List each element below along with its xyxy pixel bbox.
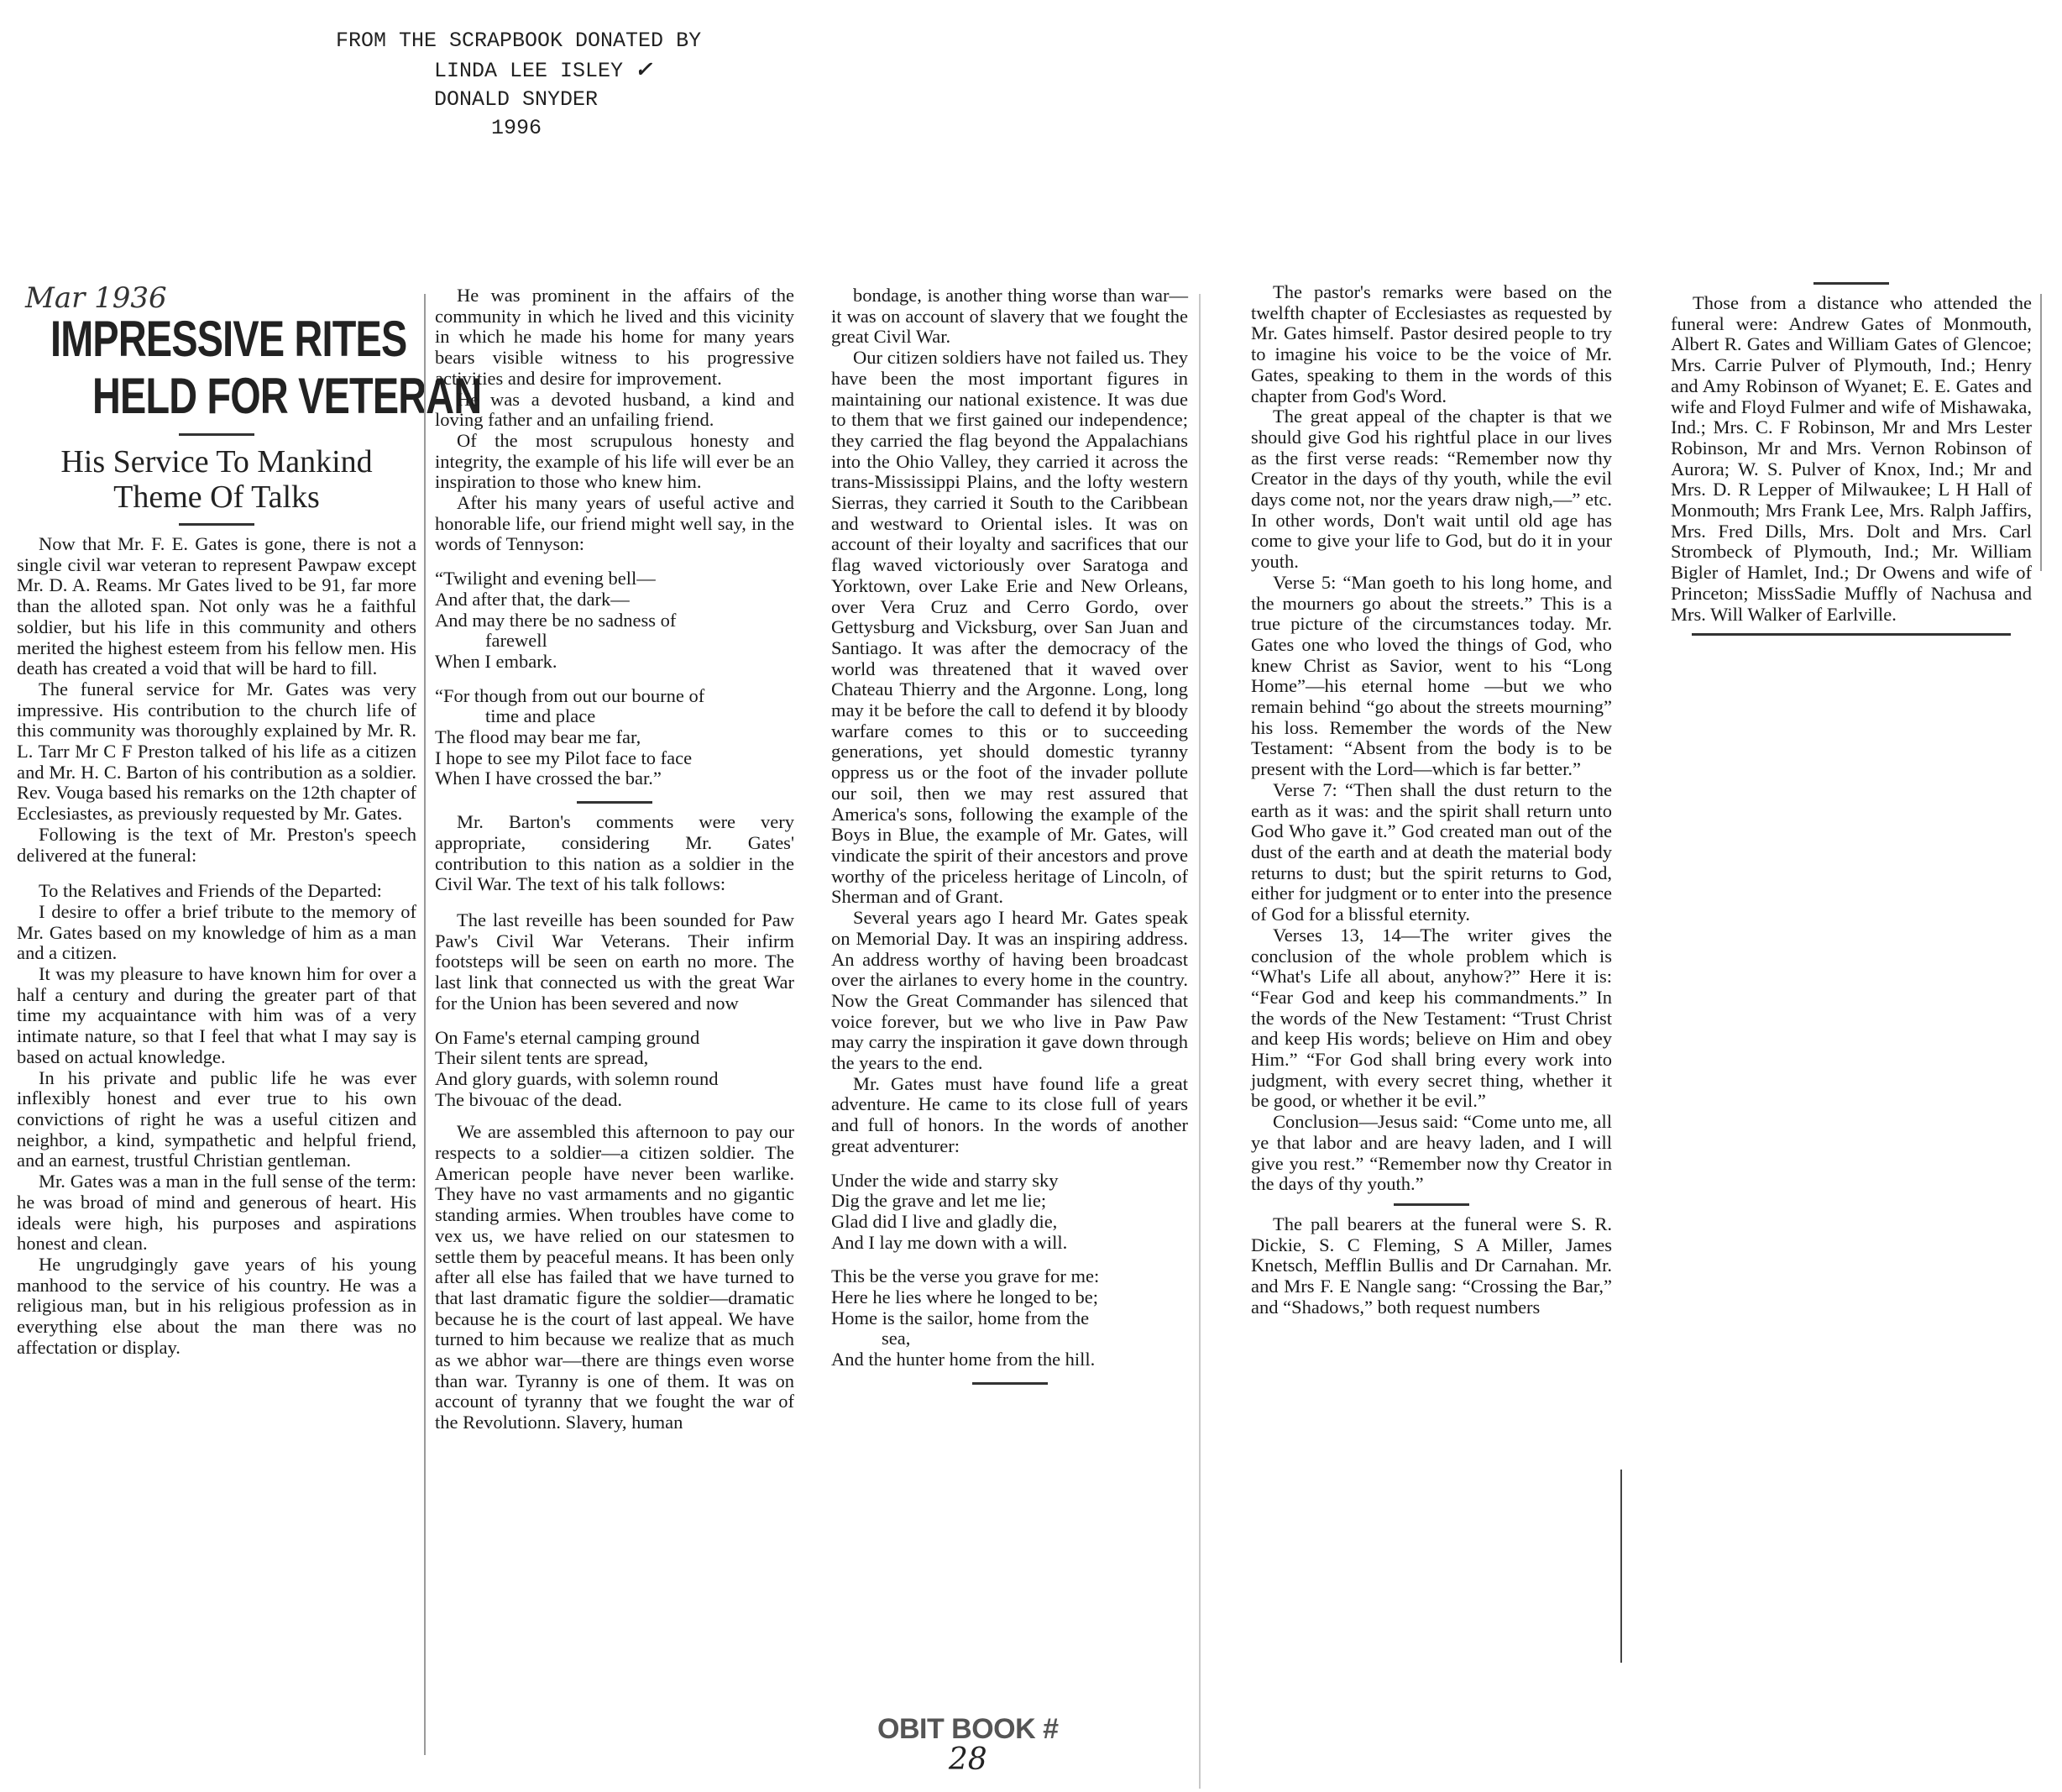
divider <box>1394 1203 1469 1206</box>
article-paragraph: In his private and public life he was ev… <box>17 1068 416 1172</box>
article-paragraph: The last reveille has been sounded for P… <box>435 910 794 1014</box>
poem-line: Their silent tents are spread, <box>435 1048 794 1069</box>
column2-body-b: Mr. Barton's comments were very appropri… <box>435 812 794 1014</box>
stamp-number: 28 <box>877 1742 1059 1777</box>
article-paragraph: The funeral service for Mr. Gates was ve… <box>17 679 416 825</box>
article-paragraph: Several years ago I heard Mr. Gates spea… <box>831 908 1188 1074</box>
requiem-poem-stanza-1: Under the wide and starry skyDig the gra… <box>831 1171 1188 1254</box>
divider <box>179 433 254 436</box>
column2-body-a: He was prominent in the affairs of the c… <box>435 286 794 555</box>
donor-name: LINDA LEE ISLEY✓ <box>434 55 701 86</box>
subheadline-1: His Service To Mankind <box>17 444 416 479</box>
article-paragraph: He was prominent in the affairs of the c… <box>435 286 794 390</box>
attendees-paragraph: Those from a distance who attended the f… <box>1671 293 2032 625</box>
article-column-4: The pastor's remarks were based on the t… <box>1251 282 1612 1318</box>
subheadline-2: Theme Of Talks <box>17 479 416 515</box>
article-paragraph: The great appeal of the chapter is that … <box>1251 406 1612 573</box>
divider <box>1813 282 1889 285</box>
article-paragraph: Mr. Barton's comments were very appropri… <box>435 812 794 895</box>
article-paragraph: I desire to offer a brief tribute to the… <box>17 902 416 964</box>
article-paragraph: Conclusion—Jesus said: “Come unto me, al… <box>1251 1112 1612 1195</box>
column-rule <box>1620 1470 1622 1663</box>
pallbearers-paragraph: The pall bearers at the funeral were S. … <box>1251 1214 1612 1318</box>
article-paragraph: He was a devoted husband, a kind and lov… <box>435 390 794 431</box>
column1-body: Now that Mr. F. E. Gates is gone, there … <box>17 534 416 1358</box>
article-paragraph: We are assembled this afternoon to pay o… <box>435 1122 794 1433</box>
article-column-2: He was prominent in the affairs of the c… <box>435 286 794 1433</box>
poem-line: And glory guards, with solemn round <box>435 1069 794 1090</box>
divider <box>179 523 254 526</box>
poem-line: sea, <box>831 1328 1188 1349</box>
headline-line-2: HELD FOR VETERAN <box>92 368 345 425</box>
poem-line: The bivouac of the dead. <box>435 1090 794 1111</box>
article-paragraph: Mr. Gates was a man in the full sense of… <box>17 1171 416 1255</box>
poem-line: “Twilight and evening bell— <box>435 569 794 589</box>
check-mark-icon: ✓ <box>635 57 652 81</box>
poem-line: The flood may bear me far, <box>435 727 794 748</box>
headline-line-1: IMPRESSIVE RITES <box>50 311 336 368</box>
poem-line: When I have crossed the bar.” <box>435 768 794 789</box>
poem-line: And may there be no sadness of <box>435 610 794 631</box>
column3-body: bondage, is another thing worse than war… <box>831 286 1188 1157</box>
article-paragraph: Mr. Gates must have found life a great a… <box>831 1074 1188 1157</box>
article-paragraph: Verse 7: “Then shall the dust return to … <box>1251 780 1612 925</box>
poem-line: Under the wide and starry sky <box>831 1171 1188 1192</box>
column-rule <box>2040 294 2042 571</box>
article-paragraph: bondage, is another thing worse than war… <box>831 286 1188 348</box>
article-paragraph: Now that Mr. F. E. Gates is gone, there … <box>17 534 416 679</box>
poem-line: And I lay me down with a will. <box>831 1233 1188 1254</box>
poem-line: Glad did I live and gladly die, <box>831 1212 1188 1233</box>
donation-year: 1996 <box>491 114 701 143</box>
poem-line: Dig the grave and let me lie; <box>831 1191 1188 1212</box>
article-paragraph: Verses 13, 14—The writer gives the concl… <box>1251 925 1612 1112</box>
tennyson-poem-stanza-2: “For though from out our bourne oftime a… <box>435 686 794 790</box>
article-column-1: Mar 1936 IMPRESSIVE RITES HELD FOR VETER… <box>17 286 416 1358</box>
stamp-label: OBIT BOOK # <box>877 1713 1059 1746</box>
obit-book-stamp: OBIT BOOK # 28 <box>877 1713 1059 1777</box>
article-column-5: Those from a distance who attended the f… <box>1671 282 2032 644</box>
article-paragraph: It was my pleasure to have known him for… <box>17 964 416 1068</box>
tennyson-poem-stanza-1: “Twilight and evening bell—And after tha… <box>435 569 794 673</box>
column2-body-c: We are assembled this afternoon to pay o… <box>435 1122 794 1433</box>
bivouac-poem: On Fame's eternal camping groundTheir si… <box>435 1028 794 1111</box>
article-paragraph: The pastor's remarks were based on the t… <box>1251 282 1612 406</box>
donation-line: FROM THE SCRAPBOOK DONATED BY <box>336 27 701 55</box>
poem-line: farewell <box>435 631 794 652</box>
requiem-poem-stanza-2: This be the verse you grave for me:Here … <box>831 1266 1188 1370</box>
divider <box>1692 633 2011 636</box>
article-paragraph: He ungrudgingly gave years of his young … <box>17 1255 416 1359</box>
article-paragraph: Following is the text of Mr. Preston's s… <box>17 825 416 866</box>
scrapbook-header: FROM THE SCRAPBOOK DONATED BY LINDA LEE … <box>336 27 701 143</box>
poem-line: When I embark. <box>435 652 794 673</box>
poem-line: And after that, the dark— <box>435 589 794 610</box>
column-rule <box>424 294 426 1755</box>
column4-body: The pastor's remarks were based on the t… <box>1251 282 1612 1195</box>
clipping-edge <box>1199 294 1201 1789</box>
donor-name-2: DONALD SNYDER <box>434 86 701 114</box>
poem-line: And the hunter home from the hill. <box>831 1349 1188 1370</box>
handwritten-date: Mar 1936 <box>25 286 416 311</box>
article-paragraph: Verse 5: “Man goeth to his long home, an… <box>1251 573 1612 780</box>
poem-line: On Fame's eternal camping ground <box>435 1028 794 1049</box>
poem-line: time and place <box>435 706 794 727</box>
poem-line: Home is the sailor, home from the <box>831 1308 1188 1329</box>
article-paragraph: To the Relatives and Friends of the Depa… <box>17 881 416 902</box>
article-column-3: bondage, is another thing worse than war… <box>831 286 1188 1393</box>
article-paragraph: Of the most scrupulous honesty and integ… <box>435 431 794 493</box>
poem-line: “For though from out our bourne of <box>435 686 794 707</box>
divider <box>972 1382 1048 1385</box>
poem-line: This be the verse you grave for me: <box>831 1266 1188 1287</box>
poem-line: Here he lies where he longed to be; <box>831 1287 1188 1308</box>
divider <box>577 801 652 804</box>
poem-line: I hope to see my Pilot face to face <box>435 748 794 769</box>
article-paragraph: Our citizen soldiers have not failed us.… <box>831 348 1188 908</box>
article-paragraph: After his many years of useful active an… <box>435 493 794 555</box>
